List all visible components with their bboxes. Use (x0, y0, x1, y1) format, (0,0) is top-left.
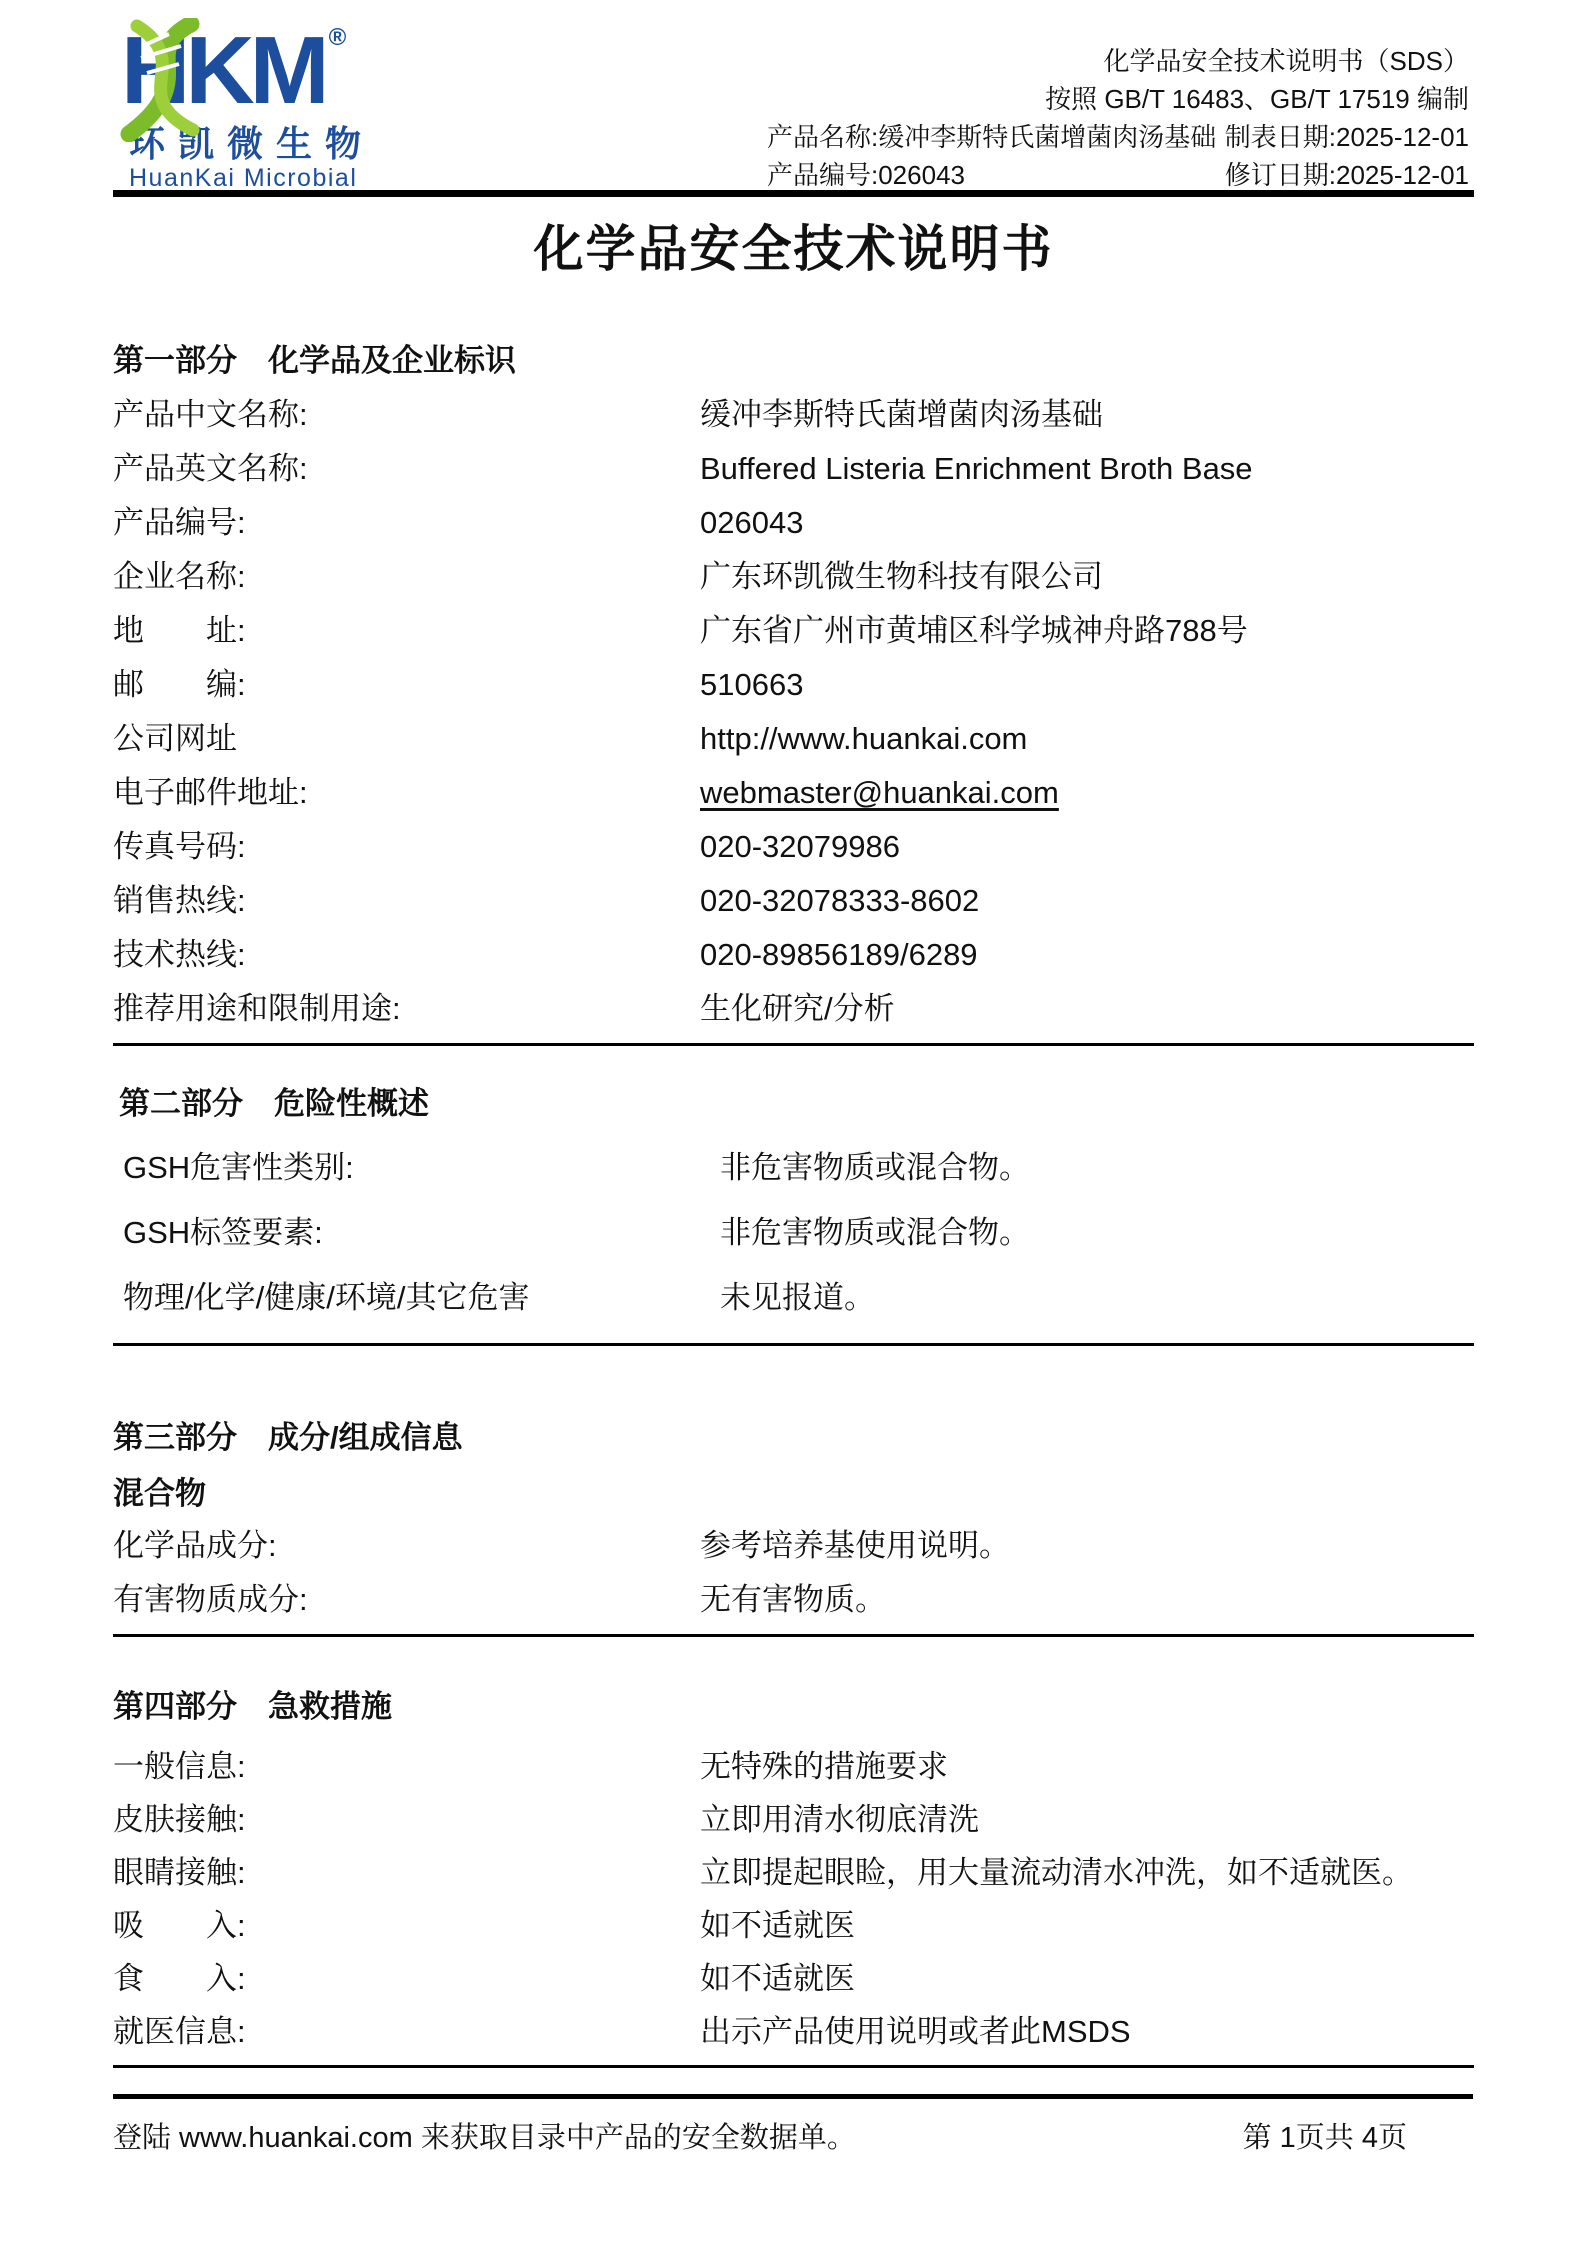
hkm-wordmark: HKM® (121, 24, 342, 118)
section-divider (113, 1043, 1474, 1046)
field-label: 传真号码: (113, 827, 700, 867)
email-link[interactable]: webmaster@huankai.com (700, 773, 1474, 813)
field-row: 传真号码: 020-32079986 (113, 827, 1474, 867)
field-value: 非危害物质或混合物。 (720, 1213, 1474, 1253)
field-label: GSH危害性类别: (123, 1148, 720, 1188)
field-label: 一般信息: (113, 1747, 700, 1787)
field-row: 皮肤接触: 立即用清水彻底清洗 (113, 1800, 1474, 1840)
field-value: Buffered Listeria Enrichment Broth Base (700, 449, 1474, 489)
mixture-subheading: 混合物 (113, 1474, 1474, 1514)
section-divider (113, 1343, 1474, 1346)
field-row: 就医信息: 出示产品使用说明或者此MSDS (113, 2012, 1474, 2052)
footer-divider (113, 2094, 1473, 2099)
header-revise-date: 修订日期:2025-12-01 (1225, 156, 1469, 194)
field-label: 化学品成分: (113, 1526, 700, 1566)
header-product-name: 产品名称:缓冲李斯特氏菌增菌肉汤基础 (767, 118, 1216, 156)
field-label: 邮 编: (113, 665, 700, 705)
field-row: 物理/化学/健康/环境/其它危害 未见报道。 (113, 1278, 1474, 1318)
field-label: 电子邮件地址: (113, 773, 700, 813)
header-info-block: 化学品安全技术说明书（SDS） 按照 GB/T 16483、GB/T 17519… (767, 24, 1469, 194)
field-label: 技术热线: (113, 935, 700, 975)
section-first-aid: 第四部分 急救措施 一般信息: 无特殊的措施要求 皮肤接触: 立即用清水彻底清洗… (113, 1687, 1474, 2068)
field-label: 产品中文名称: (113, 395, 700, 435)
field-label: 销售热线: (113, 881, 700, 921)
field-row: 推荐用途和限制用途: 生化研究/分析 (113, 989, 1474, 1029)
field-row: 技术热线: 020-89856189/6289 (113, 935, 1474, 975)
section-divider (113, 1634, 1474, 1637)
section-identification: 第一部分 化学品及企业标识 产品中文名称: 缓冲李斯特氏菌增菌肉汤基础 产品英文… (113, 341, 1474, 1046)
field-row: 企业名称: 广东环凯微生物科技有限公司 (113, 557, 1474, 597)
field-value: 未见报道。 (720, 1278, 1474, 1318)
product-code-line: 产品编号:026043 修订日期:2025-12-01 (767, 156, 1469, 194)
section-2-heading: 第二部分 危险性概述 (119, 1084, 1474, 1124)
field-row: 产品编号: 026043 (113, 503, 1474, 543)
field-value: 参考培养基使用说明。 (700, 1526, 1474, 1566)
field-label: 产品英文名称: (113, 449, 700, 489)
section-hazards: 第二部分 危险性概述 GSH危害性类别: 非危害物质或混合物。 GSH标签要素:… (113, 1084, 1474, 1346)
field-value: 无有害物质。 (700, 1580, 1474, 1620)
field-value: 510663 (700, 665, 1474, 705)
field-row: 化学品成分: 参考培养基使用说明。 (113, 1526, 1474, 1566)
page-footer: 登陆 www.huankai.com 来获取目录中产品的安全数据单。 第 1页共… (113, 2118, 1473, 2158)
field-value: 广东环凯微生物科技有限公司 (700, 557, 1474, 597)
field-row: GSH危害性类别: 非危害物质或混合物。 (113, 1148, 1474, 1188)
field-row: 地 址: 广东省广州市黄埔区科学城神舟路788号 (113, 611, 1474, 651)
field-row: 电子邮件地址: webmaster@huankai.com (113, 773, 1474, 813)
field-label: 有害物质成分: (113, 1580, 700, 1620)
field-row: 吸 入: 如不适就医 (113, 1906, 1474, 1946)
field-row: 邮 编: 510663 (113, 665, 1474, 705)
field-value: 非危害物质或混合物。 (720, 1148, 1474, 1188)
field-label: 公司网址 (113, 719, 700, 759)
doc-type-line: 化学品安全技术说明书（SDS） (767, 42, 1469, 80)
field-value: 缓冲李斯特氏菌增菌肉汤基础 (700, 395, 1474, 435)
registered-trademark-icon: ® (329, 24, 347, 51)
dna-helix-icon (107, 18, 227, 142)
field-row: 眼睛接触: 立即提起眼睑，用大量流动清水冲洗，如不适就医。 (113, 1853, 1474, 1893)
standard-line: 按照 GB/T 16483、GB/T 17519 编制 (767, 80, 1469, 118)
field-row: 有害物质成分: 无有害物质。 (113, 1580, 1474, 1620)
field-label: 食 入: (113, 1959, 700, 1999)
field-label: 推荐用途和限制用途: (113, 989, 700, 1029)
page-header: HKM® 环凯微生物 HuanKai Microbial 化学品安全技术说明书（… (113, 0, 1474, 190)
section-composition: 第三部分 成分/组成信息 混合物 化学品成分: 参考培养基使用说明。 有害物质成… (113, 1418, 1474, 1637)
field-value: 广东省广州市黄埔区科学城神舟路788号 (700, 611, 1474, 651)
field-value: 如不适就医 (700, 1906, 1474, 1946)
field-value: 020-32078333-8602 (700, 881, 1474, 921)
page-title: 化学品安全技术说明书 (113, 221, 1474, 277)
field-row: 公司网址 http://www.huankai.com (113, 719, 1474, 759)
field-value: 如不适就医 (700, 1959, 1474, 1999)
field-row: 产品英文名称: Buffered Listeria Enrichment Bro… (113, 449, 1474, 489)
field-label: 企业名称: (113, 557, 700, 597)
field-value: 出示产品使用说明或者此MSDS (700, 2012, 1474, 2052)
footer-note: 登陆 www.huankai.com 来获取目录中产品的安全数据单。 (113, 2118, 856, 2158)
field-row: 产品中文名称: 缓冲李斯特氏菌增菌肉汤基础 (113, 395, 1474, 435)
field-label: 吸 入: (113, 1906, 700, 1946)
website-url: http://www.huankai.com (700, 719, 1474, 759)
field-value: 立即提起眼睑，用大量流动清水冲洗，如不适就医。 (700, 1853, 1474, 1893)
field-label: 产品编号: (113, 503, 700, 543)
field-row: 食 入: 如不适就医 (113, 1959, 1474, 1999)
header-make-date: 制表日期:2025-12-01 (1225, 118, 1469, 156)
field-label: 眼睛接触: (113, 1853, 700, 1893)
page: HKM® 环凯微生物 HuanKai Microbial 化学品安全技术说明书（… (113, 0, 1474, 2068)
logo-en-name: HuanKai Microbial (129, 166, 374, 191)
section-divider (113, 2065, 1474, 2068)
section-3-heading: 第三部分 成分/组成信息 (113, 1418, 1474, 1458)
field-row: 一般信息: 无特殊的措施要求 (113, 1747, 1474, 1787)
field-value: 无特殊的措施要求 (700, 1747, 1474, 1787)
field-value: 020-32079986 (700, 827, 1474, 867)
field-value: 020-89856189/6289 (700, 935, 1474, 975)
field-label: GSH标签要素: (123, 1213, 720, 1253)
field-label: 物理/化学/健康/环境/其它危害 (123, 1278, 720, 1318)
field-row: GSH标签要素: 非危害物质或混合物。 (113, 1213, 1474, 1253)
field-value: 立即用清水彻底清洗 (700, 1800, 1474, 1840)
company-logo: HKM® 环凯微生物 HuanKai Microbial (121, 24, 374, 191)
field-row: 销售热线: 020-32078333-8602 (113, 881, 1474, 921)
product-name-line: 产品名称:缓冲李斯特氏菌增菌肉汤基础 制表日期:2025-12-01 (767, 118, 1469, 156)
page-number-indicator: 第 1页共 4页 (1243, 2118, 1407, 2158)
field-label: 就医信息: (113, 2012, 700, 2052)
field-label: 皮肤接触: (113, 1800, 700, 1840)
header-product-code: 产品编号:026043 (767, 156, 965, 194)
field-label: 地 址: (113, 611, 700, 651)
field-value: 026043 (700, 503, 1474, 543)
section-1-heading: 第一部分 化学品及企业标识 (113, 341, 1474, 381)
field-value: 生化研究/分析 (700, 989, 1474, 1029)
section-4-heading: 第四部分 急救措施 (113, 1687, 1474, 1727)
